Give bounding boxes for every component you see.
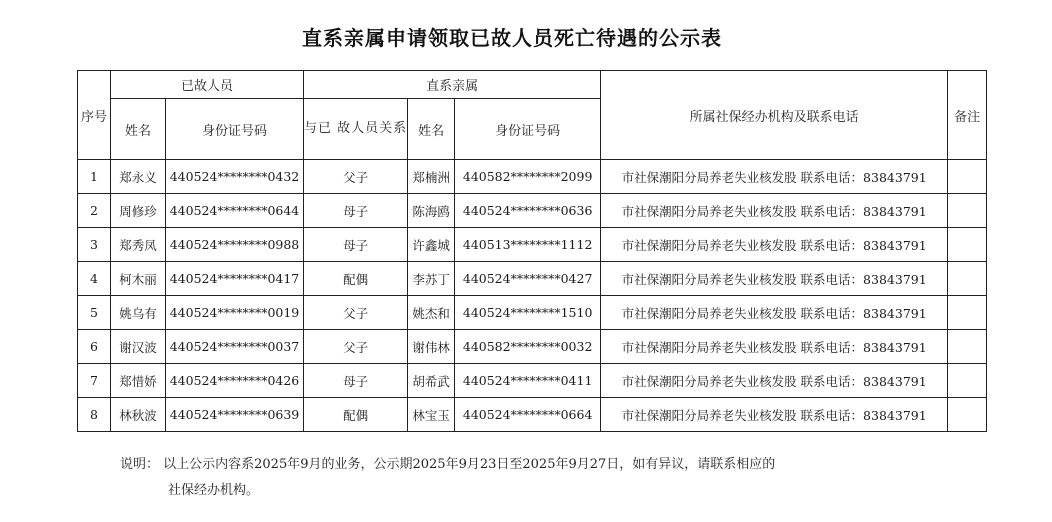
explanation-note: 说明： 以上公示内容系2025年9月的业务，公示期2025年9月23日至2025… (120, 452, 775, 504)
cell-deceased-id: 440524********0417 (166, 262, 304, 296)
cell-deceased-id: 440524********0988 (166, 228, 304, 262)
cell-seq: 4 (78, 262, 111, 296)
cell-agency: 市社保潮阳分局养老失业核发股 联系电话：83843791 (601, 262, 948, 296)
cell-agency: 市社保潮阳分局养老失业核发股 联系电话：83843791 (601, 194, 948, 228)
table-row: 5 姚乌有 440524********0019 父子 姚杰和 440524**… (78, 296, 987, 330)
header-relation: 与已 故人员关系 (304, 99, 408, 160)
cell-relative-id: 440524********0427 (455, 262, 601, 296)
cell-seq: 6 (78, 330, 111, 364)
cell-relation: 母子 (304, 194, 408, 228)
cell-relation: 母子 (304, 364, 408, 398)
table-row: 6 谢汉波 440524********0037 父子 谢伟林 440582**… (78, 330, 987, 364)
table-row: 1 郑永义 440524********0432 父子 郑楠洲 440582**… (78, 160, 987, 194)
cell-relative-name: 李苏丁 (408, 262, 455, 296)
cell-deceased-id: 440524********0639 (166, 398, 304, 432)
header-seq: 序号 (78, 71, 111, 160)
cell-relation: 配偶 (304, 398, 408, 432)
cell-relation: 父子 (304, 160, 408, 194)
header-deceased-group: 已故人员 (111, 71, 304, 99)
cell-relative-id: 440582********2099 (455, 160, 601, 194)
cell-agency: 市社保潮阳分局养老失业核发股 联系电话：83843791 (601, 296, 948, 330)
cell-relative-id: 440524********0636 (455, 194, 601, 228)
cell-remarks (948, 262, 987, 296)
cell-relative-name: 林宝玉 (408, 398, 455, 432)
table-row: 7 郑惜娇 440524********0426 母子 胡希武 440524**… (78, 364, 987, 398)
cell-deceased-id: 440524********0644 (166, 194, 304, 228)
header-row-group: 序号 已故人员 直系亲属 所属社保经办机构及联系电话 备注 (78, 71, 987, 99)
cell-deceased-id: 440524********0037 (166, 330, 304, 364)
header-relative-name: 姓名 (408, 99, 455, 160)
table-row: 4 柯木丽 440524********0417 配偶 李苏丁 440524**… (78, 262, 987, 296)
cell-deceased-id: 440524********0432 (166, 160, 304, 194)
cell-agency: 市社保潮阳分局养老失业核发股 联系电话：83843791 (601, 398, 948, 432)
note-line-1: 说明： 以上公示内容系2025年9月的业务，公示期2025年9月23日至2025… (120, 452, 775, 478)
cell-relative-name: 许鑫城 (408, 228, 455, 262)
cell-deceased-name: 周修珍 (111, 194, 166, 228)
cell-deceased-name: 林秋波 (111, 398, 166, 432)
cell-agency: 市社保潮阳分局养老失业核发股 联系电话：83843791 (601, 330, 948, 364)
header-remarks: 备注 (948, 71, 987, 160)
cell-relative-name: 陈海鸥 (408, 194, 455, 228)
cell-relative-id: 440524********0664 (455, 398, 601, 432)
cell-deceased-name: 郑永义 (111, 160, 166, 194)
cell-relative-id: 440513********1112 (455, 228, 601, 262)
header-relative-id: 身份证号码 (455, 99, 601, 160)
cell-relative-id: 440582********0032 (455, 330, 601, 364)
header-agency: 所属社保经办机构及联系电话 (601, 71, 948, 160)
cell-deceased-id: 440524********0426 (166, 364, 304, 398)
cell-relative-id: 440524********0411 (455, 364, 601, 398)
cell-remarks (948, 364, 987, 398)
cell-seq: 1 (78, 160, 111, 194)
cell-deceased-id: 440524********0019 (166, 296, 304, 330)
header-relative-group: 直系亲属 (304, 71, 601, 99)
header-deceased-name: 姓名 (111, 99, 166, 160)
cell-relative-name: 姚杰和 (408, 296, 455, 330)
cell-seq: 7 (78, 364, 111, 398)
cell-seq: 8 (78, 398, 111, 432)
cell-relation: 母子 (304, 228, 408, 262)
header-deceased-id: 身份证号码 (166, 99, 304, 160)
document-title: 直系亲属申请领取已故人员死亡待遇的公示表 (0, 22, 1024, 51)
note-line-2: 社保经办机构。 (120, 478, 775, 504)
cell-agency: 市社保潮阳分局养老失业核发股 联系电话：83843791 (601, 228, 948, 262)
cell-deceased-name: 柯木丽 (111, 262, 166, 296)
cell-remarks (948, 194, 987, 228)
notice-table: 序号 已故人员 直系亲属 所属社保经办机构及联系电话 备注 姓名 身份证号码 与… (77, 70, 987, 432)
cell-deceased-name: 郑惜娇 (111, 364, 166, 398)
cell-deceased-name: 姚乌有 (111, 296, 166, 330)
cell-remarks (948, 398, 987, 432)
cell-relative-name: 胡希武 (408, 364, 455, 398)
cell-relative-name: 谢伟林 (408, 330, 455, 364)
cell-agency: 市社保潮阳分局养老失业核发股 联系电话：83843791 (601, 364, 948, 398)
cell-remarks (948, 296, 987, 330)
cell-agency: 市社保潮阳分局养老失业核发股 联系电话：83843791 (601, 160, 948, 194)
cell-relation: 父子 (304, 330, 408, 364)
cell-relation: 父子 (304, 296, 408, 330)
cell-seq: 5 (78, 296, 111, 330)
cell-relative-name: 郑楠洲 (408, 160, 455, 194)
table-row: 3 郑秀凤 440524********0988 母子 许鑫城 440513**… (78, 228, 987, 262)
cell-remarks (948, 330, 987, 364)
cell-seq: 3 (78, 228, 111, 262)
table-row: 2 周修珍 440524********0644 母子 陈海鸥 440524**… (78, 194, 987, 228)
cell-seq: 2 (78, 194, 111, 228)
cell-deceased-name: 谢汉波 (111, 330, 166, 364)
cell-remarks (948, 228, 987, 262)
cell-remarks (948, 160, 987, 194)
table-row: 8 林秋波 440524********0639 配偶 林宝玉 440524**… (78, 398, 987, 432)
cell-relation: 配偶 (304, 262, 408, 296)
cell-deceased-name: 郑秀凤 (111, 228, 166, 262)
cell-relative-id: 440524********1510 (455, 296, 601, 330)
